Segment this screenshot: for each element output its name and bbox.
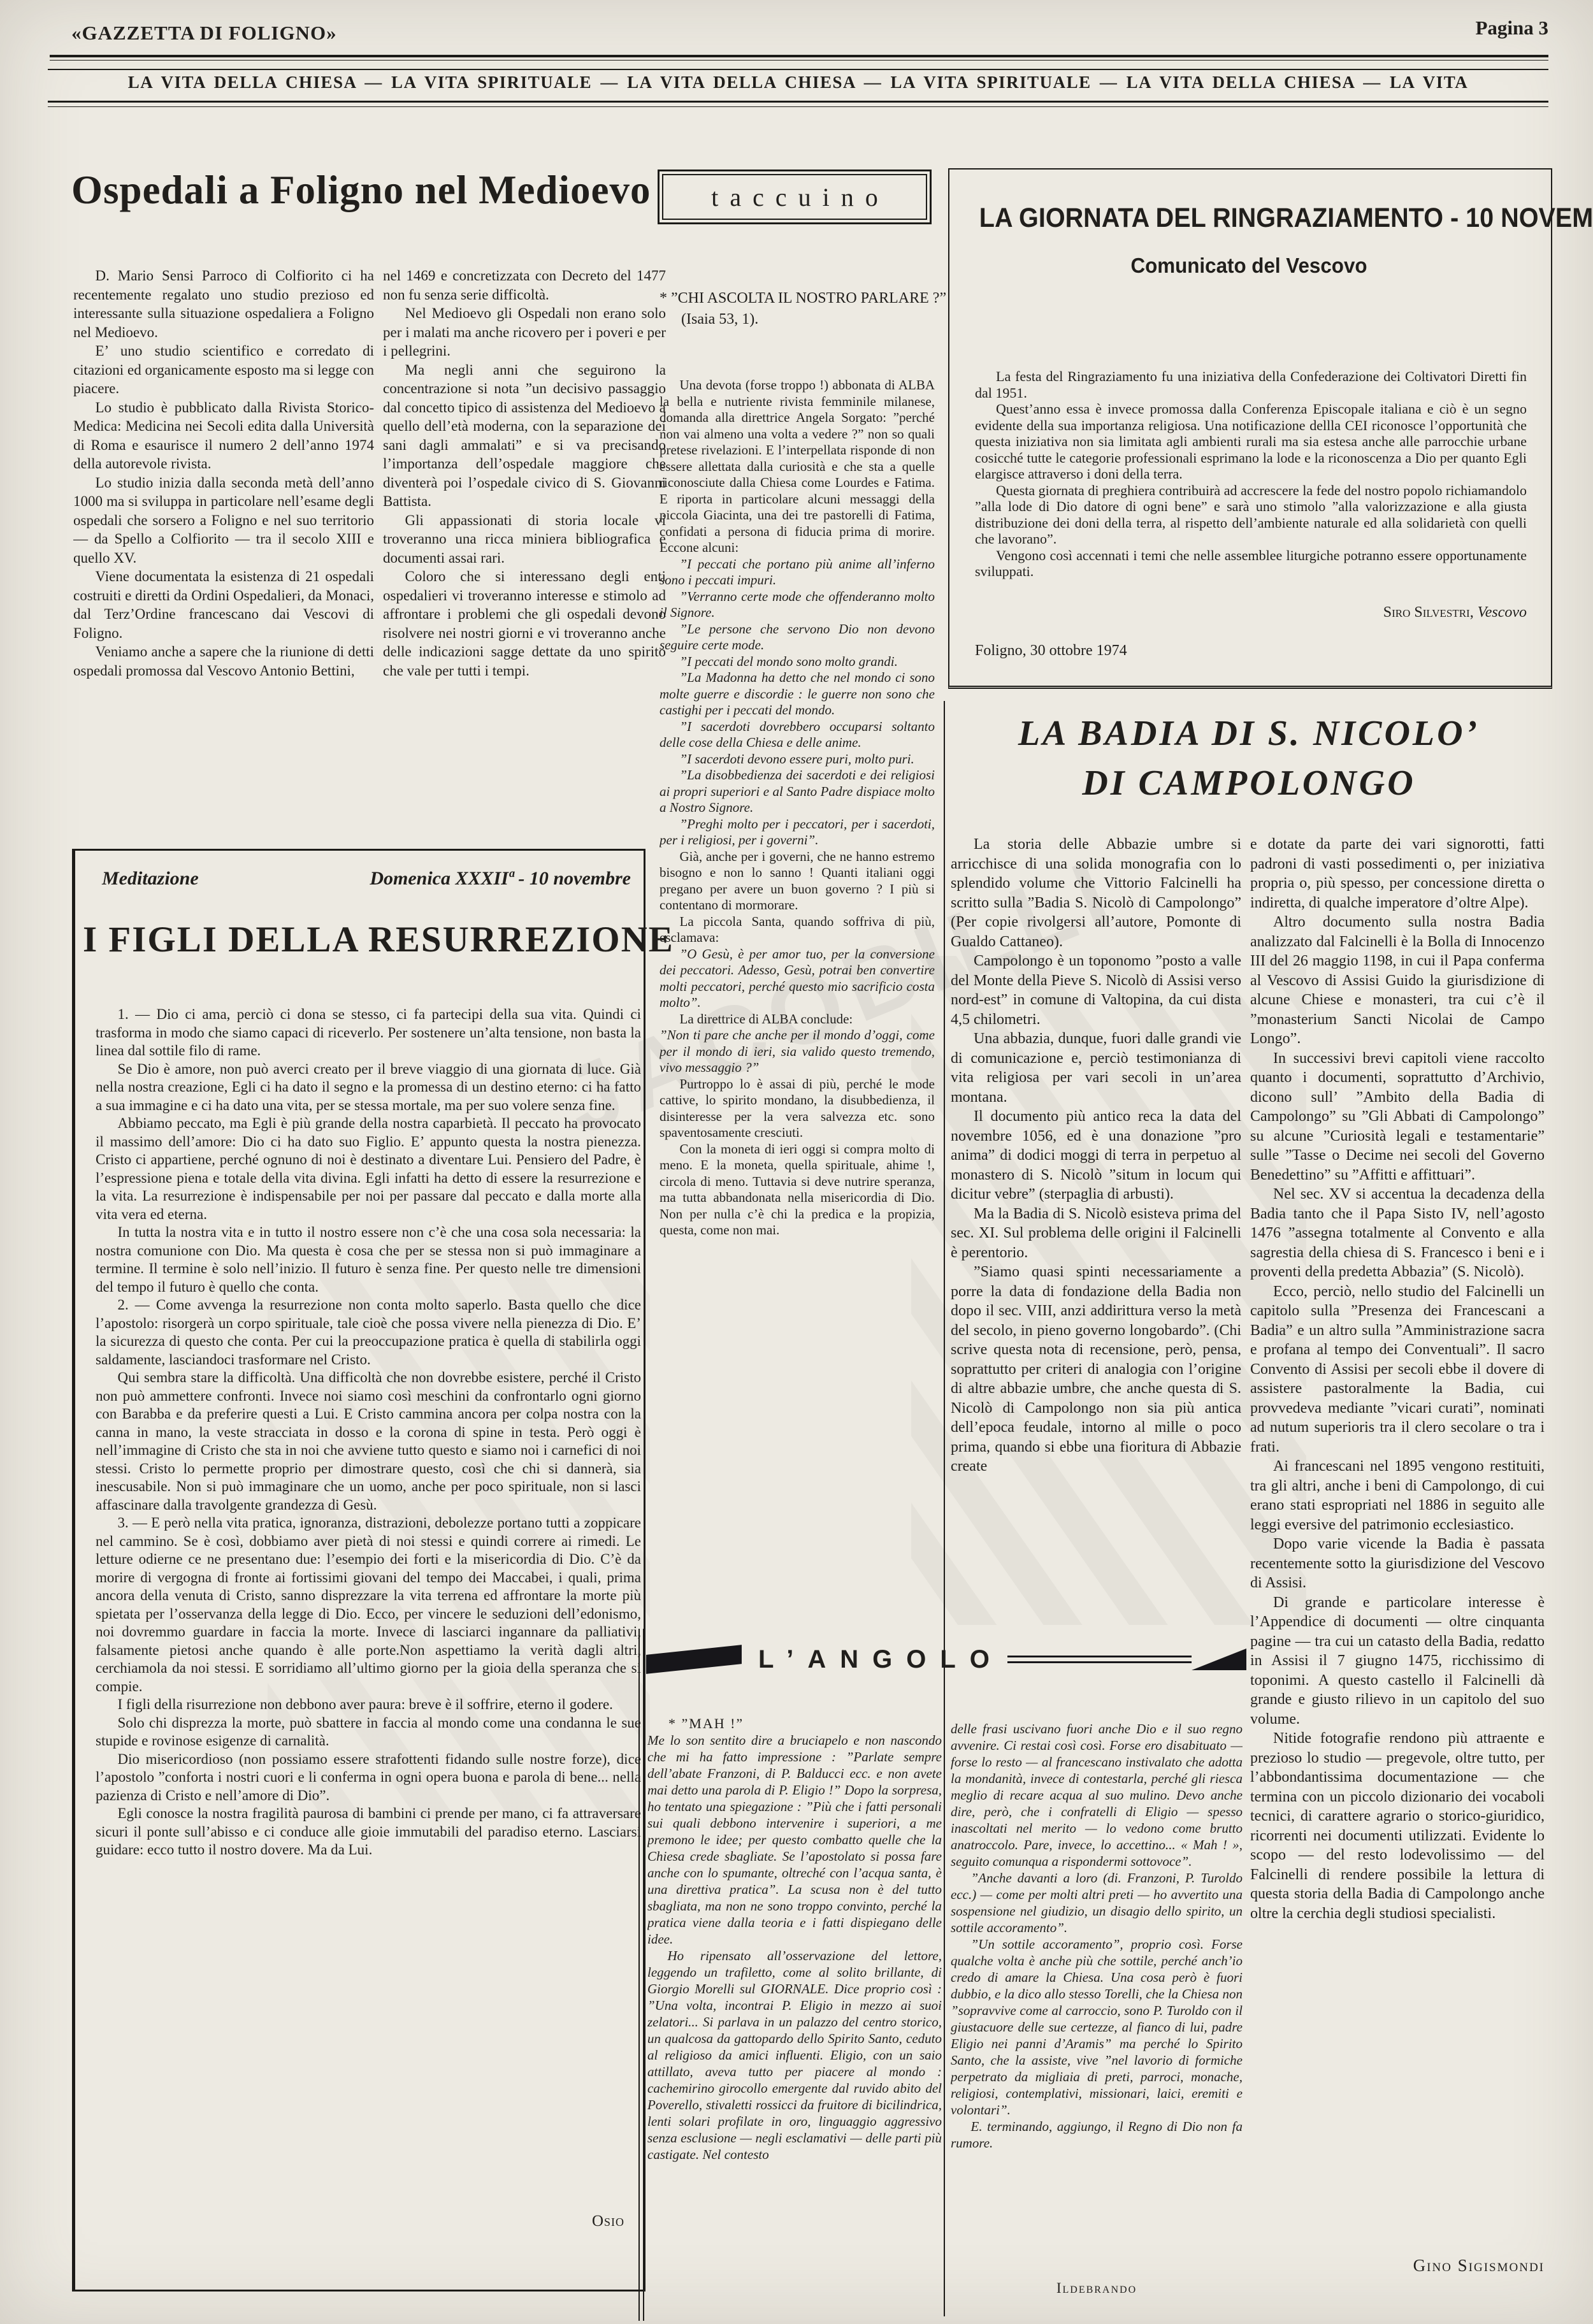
angolo-column: * ”MAH !” Me lo son sentito dire a bruci…	[647, 1715, 942, 2320]
paragraph: Campolongo è un toponomo ”posto a valle …	[951, 951, 1241, 1029]
signature: Gino Sigismondi	[1250, 2256, 1545, 2276]
paragraph: Vengono così accennati i temi che nelle …	[975, 547, 1527, 580]
paragraph: E’ uno studio scientifico e corredato di…	[73, 342, 374, 398]
paragraph: ”Preghi molto per i peccatori, per i sac…	[660, 816, 935, 849]
paragraph: Lo studio inizia dalla seconda metà dell…	[73, 473, 374, 568]
column-rule-vertical	[944, 701, 945, 2316]
paragraph: ”Siamo quasi spinti necessariamente a po…	[951, 1262, 1241, 1476]
newspaper-page: «GAZZETTA DI FOLIGNO» Pagina 3 LA VITA D…	[0, 0, 1593, 2324]
paragraph: Solo chi disprezza la morte, può sbatter…	[96, 1714, 641, 1750]
paragraph: Nitide fotografie rendono più attraente …	[1250, 1729, 1545, 1923]
article-title: LA GIORNATA DEL RINGRAZIAMENTO - 10 NOVE…	[979, 203, 1518, 234]
paragraph: ”O Gesù, è per amor tuo, per la conversi…	[660, 946, 935, 1011]
paragraph: Purtroppo lo è assai di più, perché le m…	[660, 1076, 935, 1141]
paragraph: Ecco, perciò, nello studio del Falcinell…	[1250, 1282, 1545, 1457]
angolo-body: Me lo son sentito dire a bruciapelo e no…	[647, 1732, 942, 2163]
paragraph: La piccola Santa, quando soffriva di più…	[660, 914, 935, 946]
paragraph: Il documento più antico reca la data del…	[951, 1107, 1241, 1204]
paragraph: Coloro che si interessano degli enti osp…	[383, 567, 666, 680]
paragraph: e dotate da parte dei vari signorotti, f…	[1250, 835, 1545, 913]
dateline: Domenica XXXIIª - 10 novembre	[357, 868, 631, 890]
paragraph: Nel sec. XV si accentua la decadenza del…	[1250, 1185, 1545, 1282]
signature-name: Siro Silvestri,	[1383, 604, 1478, 621]
paragraph: 2. — Come avvenga la resurrezione non co…	[96, 1296, 641, 1369]
paragraph: La storia delle Abbazie umbre si arricch…	[951, 835, 1241, 951]
article-title: Ospedali a Foligno nel Medioevo	[71, 167, 669, 213]
article-title-line2: DI CAMPOLONGO	[1082, 763, 1415, 803]
paragraph: Me lo son sentito dire a bruciapelo e no…	[647, 1732, 942, 1947]
paragraph: ”Non ti pare che anche per il mondo d’og…	[660, 1027, 935, 1076]
paragraph: Ma la Badia di S. Nicolò esisteva prima …	[951, 1204, 1241, 1263]
paragraph: Quest’anno essa è invece promossa dalla …	[975, 401, 1527, 482]
article-column: D. Mario Sensi Parroco di Colfiorito ci …	[73, 266, 374, 843]
paragraph: delle frasi uscivano fuori anche Dio e i…	[951, 1721, 1243, 1870]
signature: Osio	[96, 2212, 624, 2230]
paragraph: ”Un sottile accoramento”, proprio così. …	[951, 1936, 1243, 2118]
taccuino-heading: * ”CHI ASCOLTA IL NOSTRO PARLARE ?” (Isa…	[660, 288, 956, 330]
paragraph: Abbiamo peccato, ma Egli è più grande de…	[96, 1115, 641, 1223]
paragraph: D. Mario Sensi Parroco di Colfiorito ci …	[73, 266, 374, 342]
article-column: La storia delle Abbazie umbre si arricch…	[951, 835, 1241, 1622]
paragraph: Egli conosce la nostra fragilità paurosa…	[96, 1805, 641, 1859]
paragraph: Viene documentata la esistenza di 21 osp…	[73, 567, 374, 642]
banner-rule	[1007, 1656, 1192, 1663]
paragraph: ”I peccati del mondo sono molto grandi.	[660, 654, 935, 670]
article-title-line1: LA BADIA DI S. NICOLO’	[1018, 714, 1480, 753]
paragraph: Di grande e particolare interesse è l’Ap…	[1250, 1593, 1545, 1729]
angolo-column: delle frasi uscivano fuori anche Dio e i…	[951, 1721, 1243, 2270]
article-body: 1. — Dio ci ama, perciò ci dona se stess…	[96, 1006, 641, 2181]
paragraph: Nel Medioevo gli Ospedali non erano solo…	[383, 304, 666, 361]
kicker: Meditazione	[102, 868, 199, 890]
paragraph: Ho ripensato all’osservazione del lettor…	[647, 1947, 942, 2163]
header-rule-heavy	[50, 55, 1548, 57]
banner-wedge-shape	[646, 1645, 742, 1674]
paragraph: ”Verranno certe mode che offenderanno mo…	[660, 589, 935, 621]
masthead: «GAZZETTA DI FOLIGNO»	[71, 22, 337, 45]
paragraph: E. terminando, aggiungo, il Regno di Dio…	[951, 2118, 1243, 2151]
paragraph: Veniamo anche a sapere che la riunione d…	[73, 642, 374, 680]
paragraph: La direttrice di ALBA conclude:	[660, 1011, 935, 1028]
article-column: nel 1469 e concretizzata con Decreto del…	[383, 266, 666, 849]
article-body: La festa del Ringraziamento fu una inizi…	[975, 368, 1527, 599]
paragraph: nel 1469 e concretizzata con Decreto del…	[383, 266, 666, 304]
paragraph: Altro documento sulla nostra Badia anali…	[1250, 913, 1545, 1049]
angolo-banner-title: L’ANGOLO	[758, 1645, 1004, 1674]
signature: Siro Silvestri, Vescovo	[975, 604, 1527, 621]
page-number: Pagina 3	[1475, 17, 1548, 40]
paragraph: ”La Madonna ha detto che nel mondo ci so…	[660, 670, 935, 719]
angolo-heading: * ”MAH !”	[647, 1715, 942, 1732]
paragraph: Dopo varie vicende la Badia è passata re…	[1250, 1534, 1545, 1593]
paragraph: Con la moneta di ieri oggi si compra mol…	[660, 1141, 935, 1239]
paragraph: Già, anche per i governi, che ne hanno e…	[660, 849, 935, 914]
article-title: I FIGLI DELLA RESURREZIONE	[83, 919, 631, 960]
signature: Ildebrando	[951, 2280, 1243, 2297]
paragraph: Ai francescani nel 1895 vengono restitui…	[1250, 1457, 1545, 1534]
taccuino-body: Una devota (forse troppo !) abbonata di …	[660, 377, 935, 1582]
article-column: e dotate da parte dei vari signorotti, f…	[1250, 835, 1545, 2224]
dateline: Foligno, 30 ottobre 1974	[975, 642, 1527, 660]
paragraph: Lo studio è pubblicato dalla Rivista Sto…	[73, 398, 374, 473]
paragraph: ”Le persone che servono Dio non devono s…	[660, 621, 935, 654]
paragraph: Dio misericordioso (non possiamo essere …	[96, 1750, 641, 1805]
taccuino-title-box: taccuino	[658, 170, 932, 224]
banner-rule-bottom	[48, 101, 1548, 103]
paragraph: ”Anche davanti a loro (di. Franzoni, P. …	[951, 1870, 1243, 1936]
paragraph: Qui sembra stare la difficoltà. Una diff…	[96, 1369, 641, 1514]
banner-triangle-shape	[1192, 1649, 1246, 1670]
banner-rule-bottom2	[48, 106, 1548, 107]
paragraph: Ma negli anni che seguirono la concentra…	[383, 361, 666, 511]
section-banner: LA VITA DELLA CHIESA — LA VITA SPIRITUAL…	[48, 73, 1548, 92]
paragraph: In successivi brevi capitoli viene racco…	[1250, 1049, 1545, 1185]
article-subtitle: Comunicato del Vescovo	[970, 254, 1527, 278]
paragraph: Questa giornata di preghiera contribuirà…	[975, 482, 1527, 547]
header-rule-thin	[50, 60, 1548, 61]
column-rule-vertical-double	[643, 1629, 644, 2321]
paragraph: La festa del Ringraziamento fu una inizi…	[975, 368, 1527, 401]
article-title: LA BADIA DI S. NICOLO’ DI CAMPOLONGO	[948, 709, 1550, 808]
banner-rule-top	[48, 69, 1548, 70]
paragraph: 1. — Dio ci ama, perciò ci dona se stess…	[96, 1006, 641, 1060]
paragraph: Gli appassionati di storia locale vi tro…	[383, 511, 666, 568]
signature-role: Vescovo	[1478, 604, 1527, 621]
paragraph: ”I peccati che portano più anime all’inf…	[660, 556, 935, 589]
paragraph: I figli della risurrezione non debbono a…	[96, 1696, 641, 1714]
taccuino-title: taccuino	[700, 182, 890, 212]
paragraph: In tutta la nostra vita e in tutto il no…	[96, 1223, 641, 1296]
paragraph: Se Dio è amore, non può averci creato pe…	[96, 1060, 641, 1115]
paragraph: ”La disobbedienza dei sacerdoti e dei re…	[660, 767, 935, 816]
paragraph: ”I sacerdoti dovrebbero occuparsi soltan…	[660, 719, 935, 751]
column-rule-vertical-double	[638, 1629, 640, 2321]
paragraph: ”I sacerdoti devono essere puri, molto p…	[660, 751, 935, 768]
paragraph: Una abbazia, dunque, fuori dalle grandi …	[951, 1029, 1241, 1107]
paragraph: 3. — E però nella vita pratica, ignoranz…	[96, 1514, 641, 1696]
paragraph: Una devota (forse troppo !) abbonata di …	[660, 377, 935, 556]
